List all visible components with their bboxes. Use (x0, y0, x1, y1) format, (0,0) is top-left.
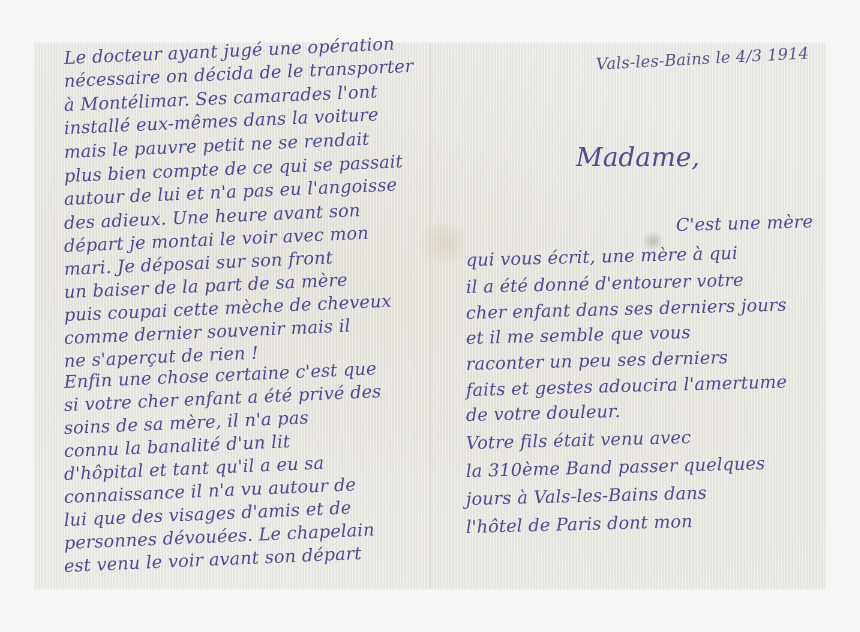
right-line-10: la 310ème Band passer quelques (466, 453, 766, 483)
right-line-1: C'est une mère (676, 211, 814, 237)
right-line-8: de votre douleur. (466, 401, 621, 427)
right-line-4: cher enfant dans ses derniers jours (466, 295, 787, 325)
salutation: Madame, (576, 143, 700, 173)
right-line-12: l'hôtel de Paris dont mon (466, 511, 693, 539)
right-line-6: raconter un peu ses derniers (466, 347, 729, 376)
right-line-5: et il me semble que vous (466, 322, 691, 350)
right-line-7: faits et gestes adoucira l'amertume (466, 372, 788, 402)
right-line-2: qui vous écrit, une mère à qui (466, 243, 738, 272)
right-line-3: il a été donné d'entourer votre (466, 270, 744, 299)
page-fold (430, 43, 432, 589)
right-line-9: Votre fils était venu avec (466, 427, 692, 455)
letter-sheet: Le docteur ayant jugé une opération néce… (34, 43, 825, 589)
dateline: Vals-les-Bains le 4/3 1914 (596, 43, 810, 73)
right-line-11: jours à Vals-les-Bains dans (466, 483, 707, 511)
